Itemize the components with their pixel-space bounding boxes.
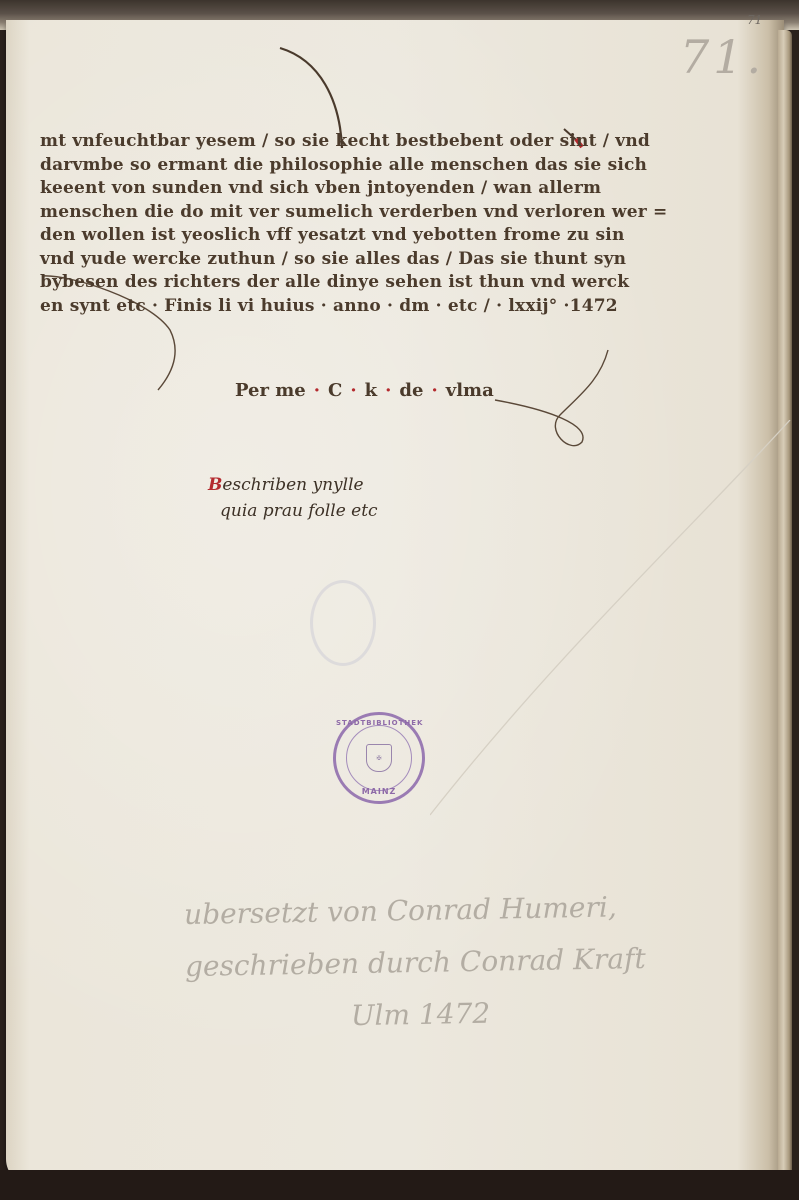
verse-line-1: eschriben ynylle xyxy=(222,475,363,495)
background-shadow xyxy=(0,1170,799,1200)
library-stamp: STADTBIBLIOTHEK ✠ MAINZ xyxy=(333,712,425,804)
scribe-de: de xyxy=(399,380,423,401)
pencil-line-3: Ulm 1472 xyxy=(185,985,647,1045)
closing-verse: Beschriben ynylle quia prau folle etc xyxy=(208,472,378,524)
text-line: mt vnfeuchtbar yesem / so sie kecht best… xyxy=(40,130,740,154)
folio-number-pencil: 71. xyxy=(680,30,765,84)
text-line: vnd yude wercke zuthun / so sie alles da… xyxy=(40,248,740,272)
text-line: darvmbe so ermant die philosophie alle m… xyxy=(40,154,740,178)
scribe-per-me: Per me xyxy=(235,380,306,401)
stamp-inner-ring: ✠ xyxy=(346,725,412,791)
rubric-dot: · xyxy=(385,380,391,401)
rubric-dot: · xyxy=(314,380,320,401)
stamp-text-bottom: MAINZ xyxy=(336,787,422,796)
scribe-initial-c: C xyxy=(328,380,342,401)
pencil-line-2: geschrieben durch Conrad Kraft xyxy=(185,933,647,993)
pencil-annotation: ubersetzt von Conrad Humeri, geschrieben… xyxy=(184,881,647,1045)
rubric-dot: · xyxy=(350,380,356,401)
stamp-text-top: STADTBIBLIOTHEK xyxy=(336,719,422,727)
page-edge xyxy=(778,30,792,1180)
manuscript-text-block: mt vnfeuchtbar yesem / so sie kecht best… xyxy=(40,130,740,318)
show-through-mark xyxy=(310,580,376,666)
text-line: keeent von sunden vnd sich vben jntoyend… xyxy=(40,177,740,201)
rubricated-initial: B xyxy=(208,475,222,495)
text-line: den wollen ist yeoslich vff yesatzt vnd … xyxy=(40,224,740,248)
text-line: menschen die do mit ver sumelich verderb… xyxy=(40,201,740,225)
rubric-dot: · xyxy=(431,380,437,401)
scribe-place: vlma xyxy=(446,380,494,401)
folio-number-small: 71 xyxy=(747,13,762,27)
text-line: bybesen des richters der alle dinye sehe… xyxy=(40,271,740,295)
pencil-line-1: ubersetzt von Conrad Humeri, xyxy=(184,881,646,941)
scribe-signature: Per me·C·k·de·vlma xyxy=(235,380,494,401)
scribe-initial-k: k xyxy=(365,380,377,401)
colophon-line: en synt etc · Finis li vi huius · anno ·… xyxy=(40,295,740,319)
verse-line-2: quia prau folle etc xyxy=(220,501,378,521)
coat-of-arms-icon: ✠ xyxy=(366,744,392,772)
